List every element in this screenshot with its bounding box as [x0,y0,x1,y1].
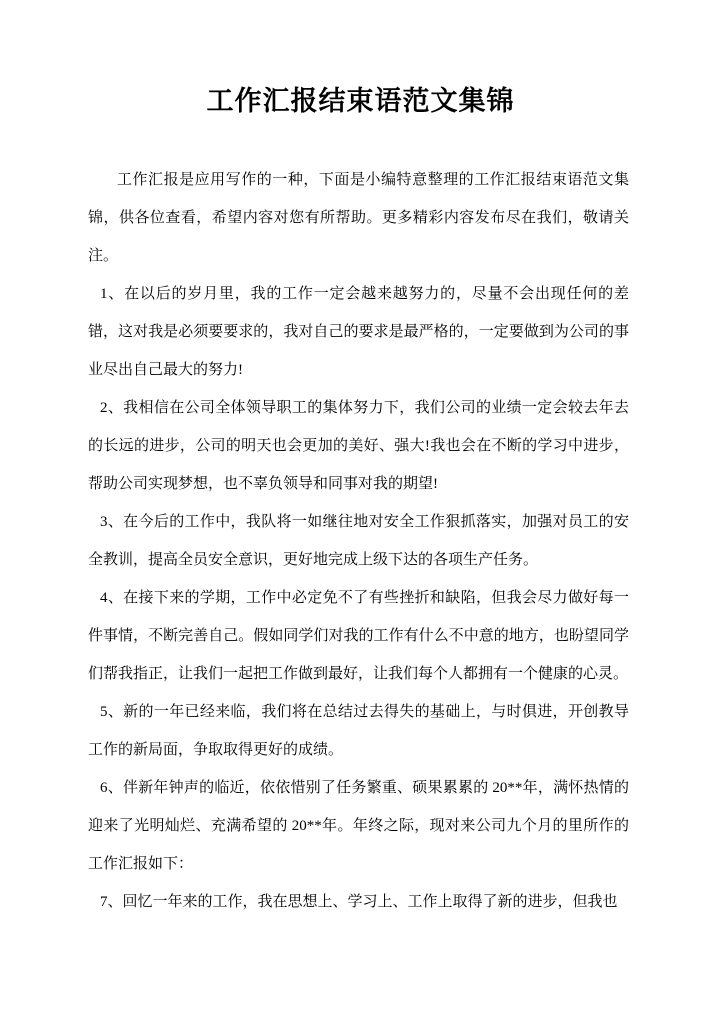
page-title: 工作汇报结束语范文集锦 [0,86,721,116]
paragraph-item-7: 7、回忆一年来的工作，我在思想上、学习上、工作上取得了新的进步，但我也 [88,883,629,921]
paragraph-item-6: 6、伴新年钟声的临近，依依惜别了任务繁重、硕果累累的 20**年，满怀热情的迎来… [88,769,629,883]
paragraph-item-2: 2、我相信在公司全体领导职工的集体努力下，我们公司的业绩一定会较去年去的长远的进… [88,389,629,503]
paragraph-item-1: 1、在以后的岁月里，我的工作一定会越来越努力的，尽量不会出现任何的差错，这对我是… [88,275,629,389]
document-body: 工作汇报是应用写作的一种，下面是小编特意整理的工作汇报结束语范文集锦，供各位查看… [88,161,629,921]
paragraph-item-5: 5、新的一年已经来临，我们将在总结过去得失的基础上，与时俱进，开创教导工作的新局… [88,693,629,769]
paragraph-intro: 工作汇报是应用写作的一种，下面是小编特意整理的工作汇报结束语范文集锦，供各位查看… [88,161,629,275]
document-page: 工作汇报结束语范文集锦 工作汇报是应用写作的一种，下面是小编特意整理的工作汇报结… [0,0,721,1020]
paragraph-item-4: 4、在接下来的学期，工作中必定免不了有些挫折和缺陷，但我会尽力做好每一件事情，不… [88,579,629,693]
paragraph-item-3: 3、在今后的工作中，我队将一如继往地对安全工作狠抓落实，加强对员工的安全教训，提… [88,503,629,579]
